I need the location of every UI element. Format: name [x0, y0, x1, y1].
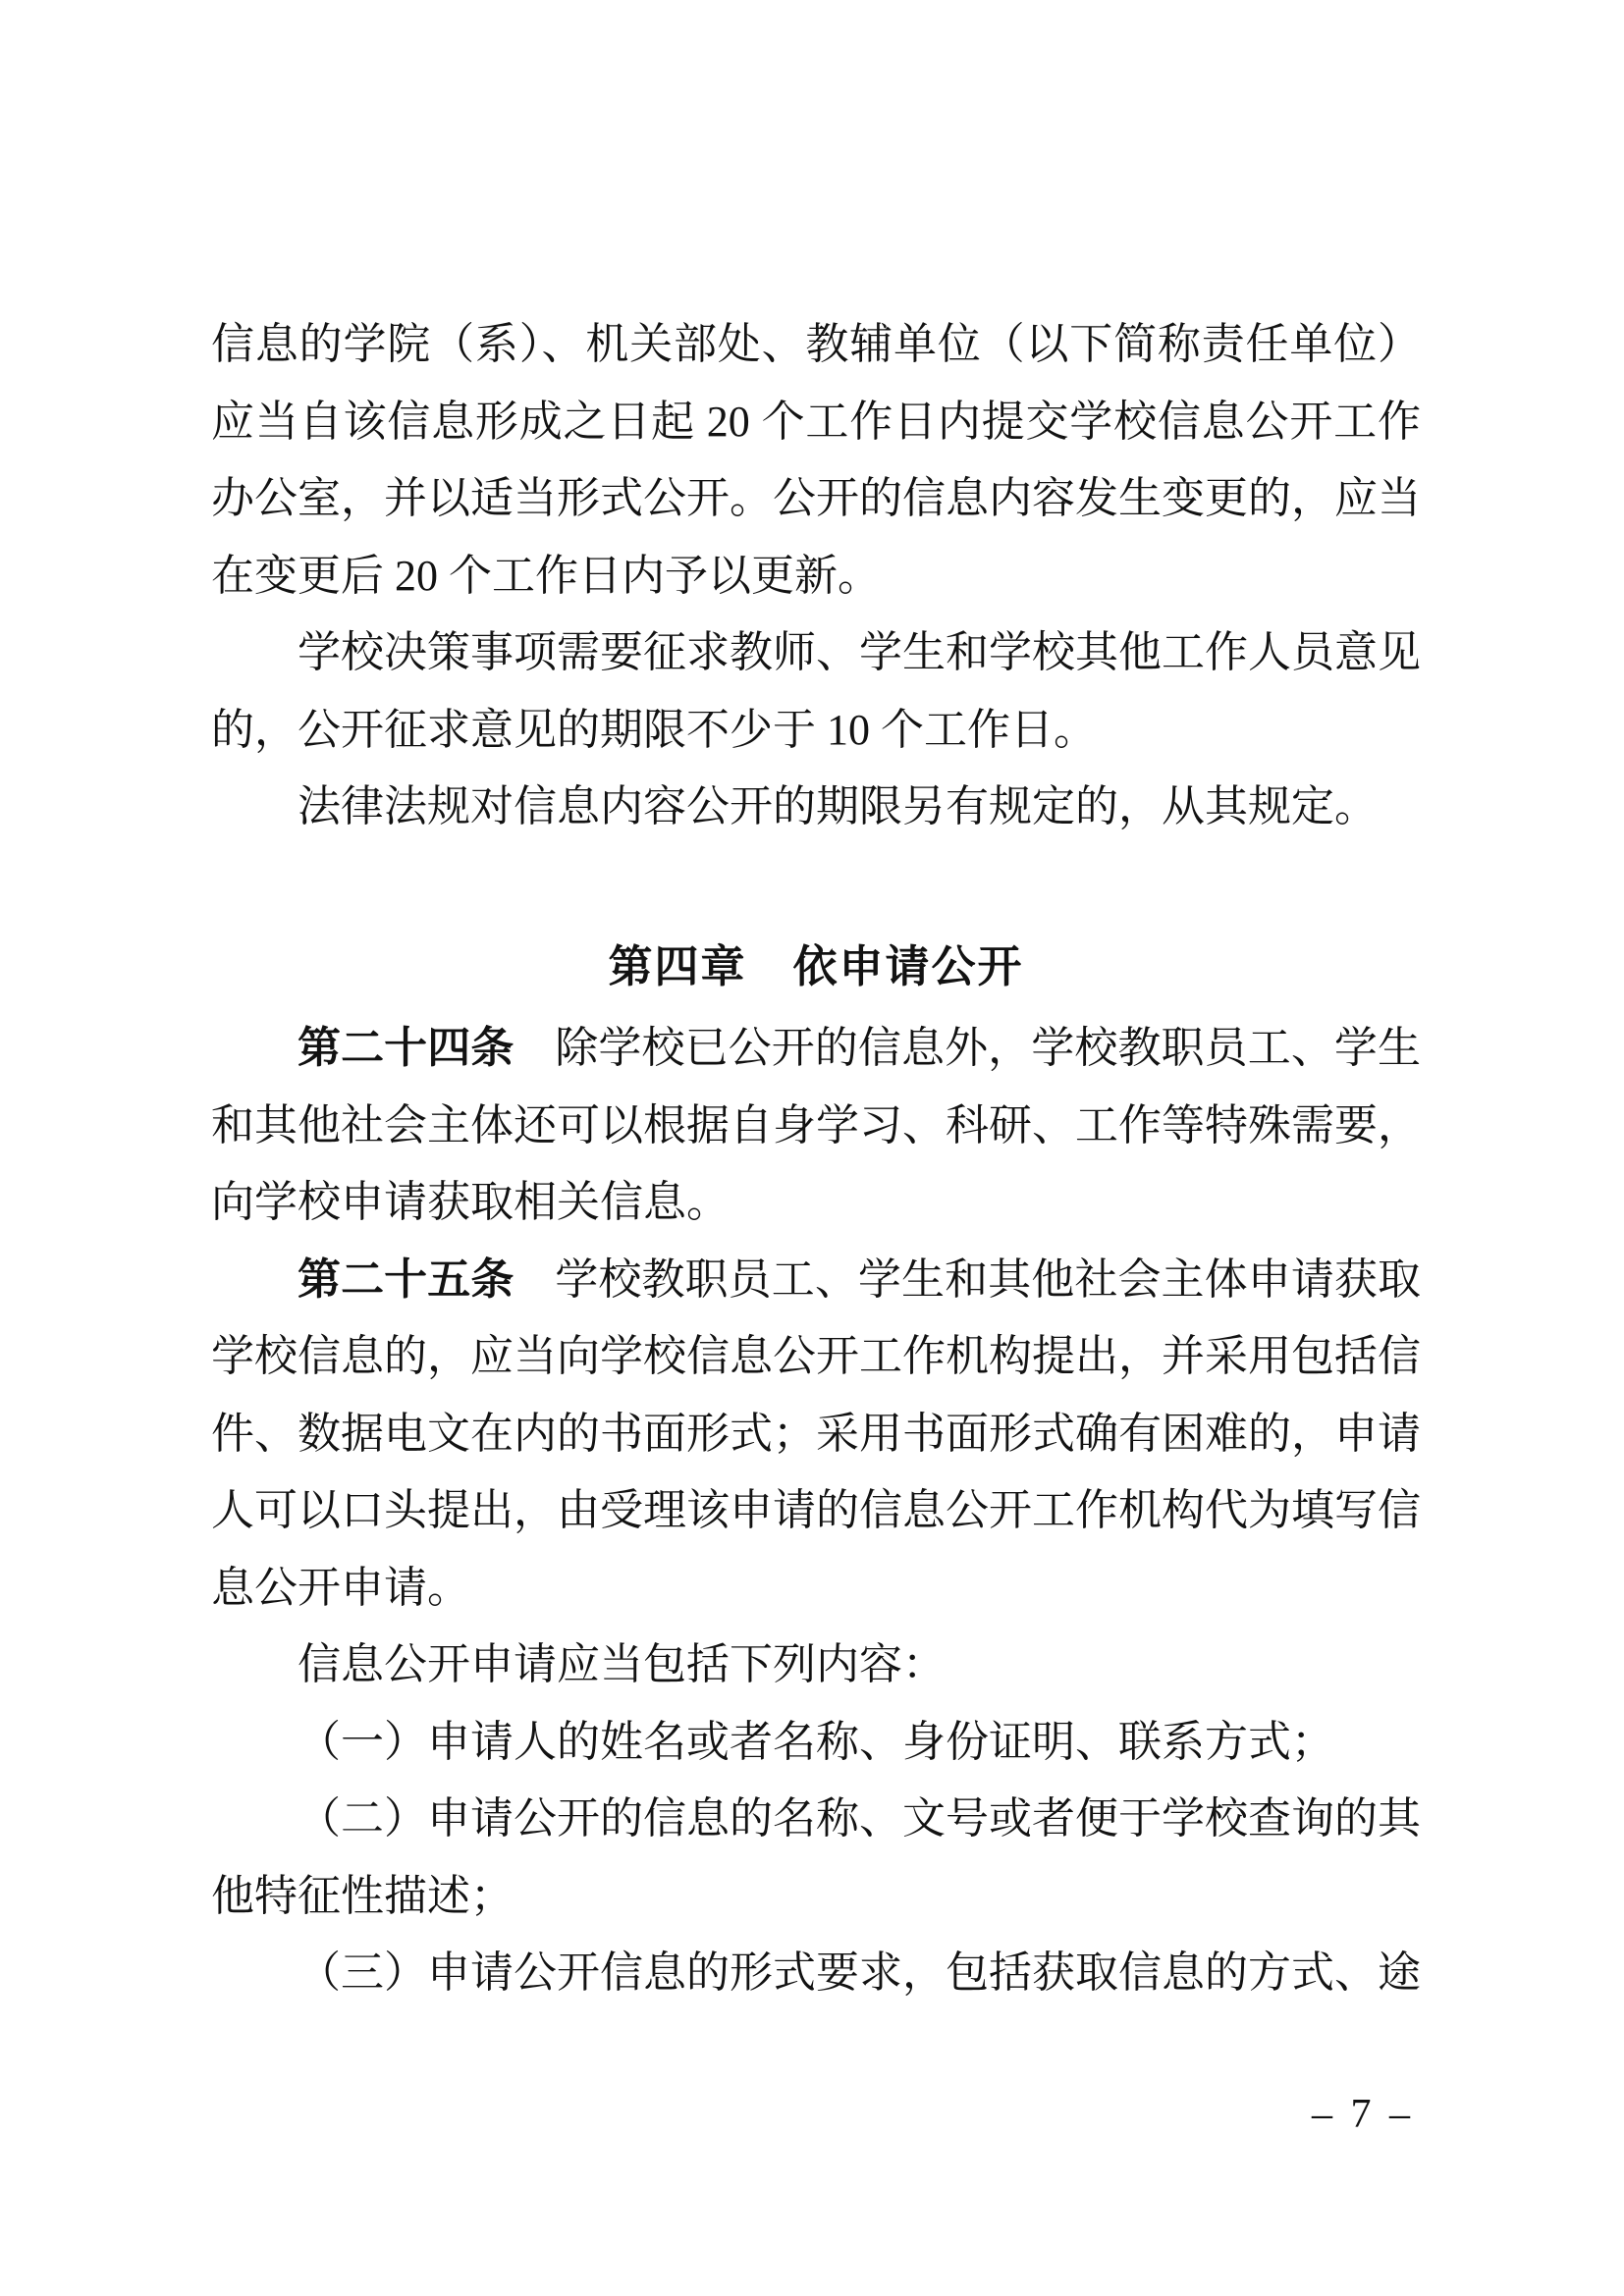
- page-number: – 7 –: [1312, 2089, 1414, 2140]
- paragraph-application-intro: 信息公开申请应当包括下列内容：: [211, 1627, 1421, 1704]
- chapter-heading: 第四章 依申请公开: [211, 929, 1421, 1006]
- paragraph-continuation: 信息的学院（系）、机关部处、教辅单位（以下简称责任单位）应当自该信息形成之日起 …: [211, 306, 1421, 614]
- article-25-text: 学校教职员工、学生和其他社会主体申请获取学校信息的，应当向学校信息公开工作机构提…: [211, 1255, 1421, 1612]
- paragraph-law-provision: 法律法规对信息内容公开的期限另有规定的，从其规定。: [211, 769, 1421, 846]
- list-item-1: （一）申请人的姓名或者名称、身份证明、联系方式；: [211, 1704, 1421, 1782]
- paragraph-consultation-period: 学校决策事项需要征求教师、学生和学校其他工作人员意见的，公开征求意见的期限不少于…: [211, 614, 1421, 769]
- article-25-label: 第二十五条: [298, 1255, 514, 1304]
- document-body: 信息的学院（系）、机关部处、教辅单位（以下简称责任单位）应当自该信息形成之日起 …: [211, 306, 1421, 2012]
- paragraph-article-24: 第二十四条除学校已公开的信息外，学校教职员工、学生和其他社会主体还可以根据自身学…: [211, 1010, 1421, 1242]
- list-item-3: （三）申请公开信息的形式要求，包括获取信息的方式、途: [211, 1935, 1421, 2012]
- article-24-label: 第二十四条: [298, 1024, 514, 1072]
- document-page: 信息的学院（系）、机关部处、教辅单位（以下简称责任单位）应当自该信息形成之日起 …: [0, 0, 1624, 2296]
- list-item-2: （二）申请公开的信息的名称、文号或者便于学校查询的其他特征性描述；: [211, 1781, 1421, 1935]
- paragraph-article-25: 第二十五条学校教职员工、学生和其他社会主体申请获取学校信息的，应当向学校信息公开…: [211, 1242, 1421, 1628]
